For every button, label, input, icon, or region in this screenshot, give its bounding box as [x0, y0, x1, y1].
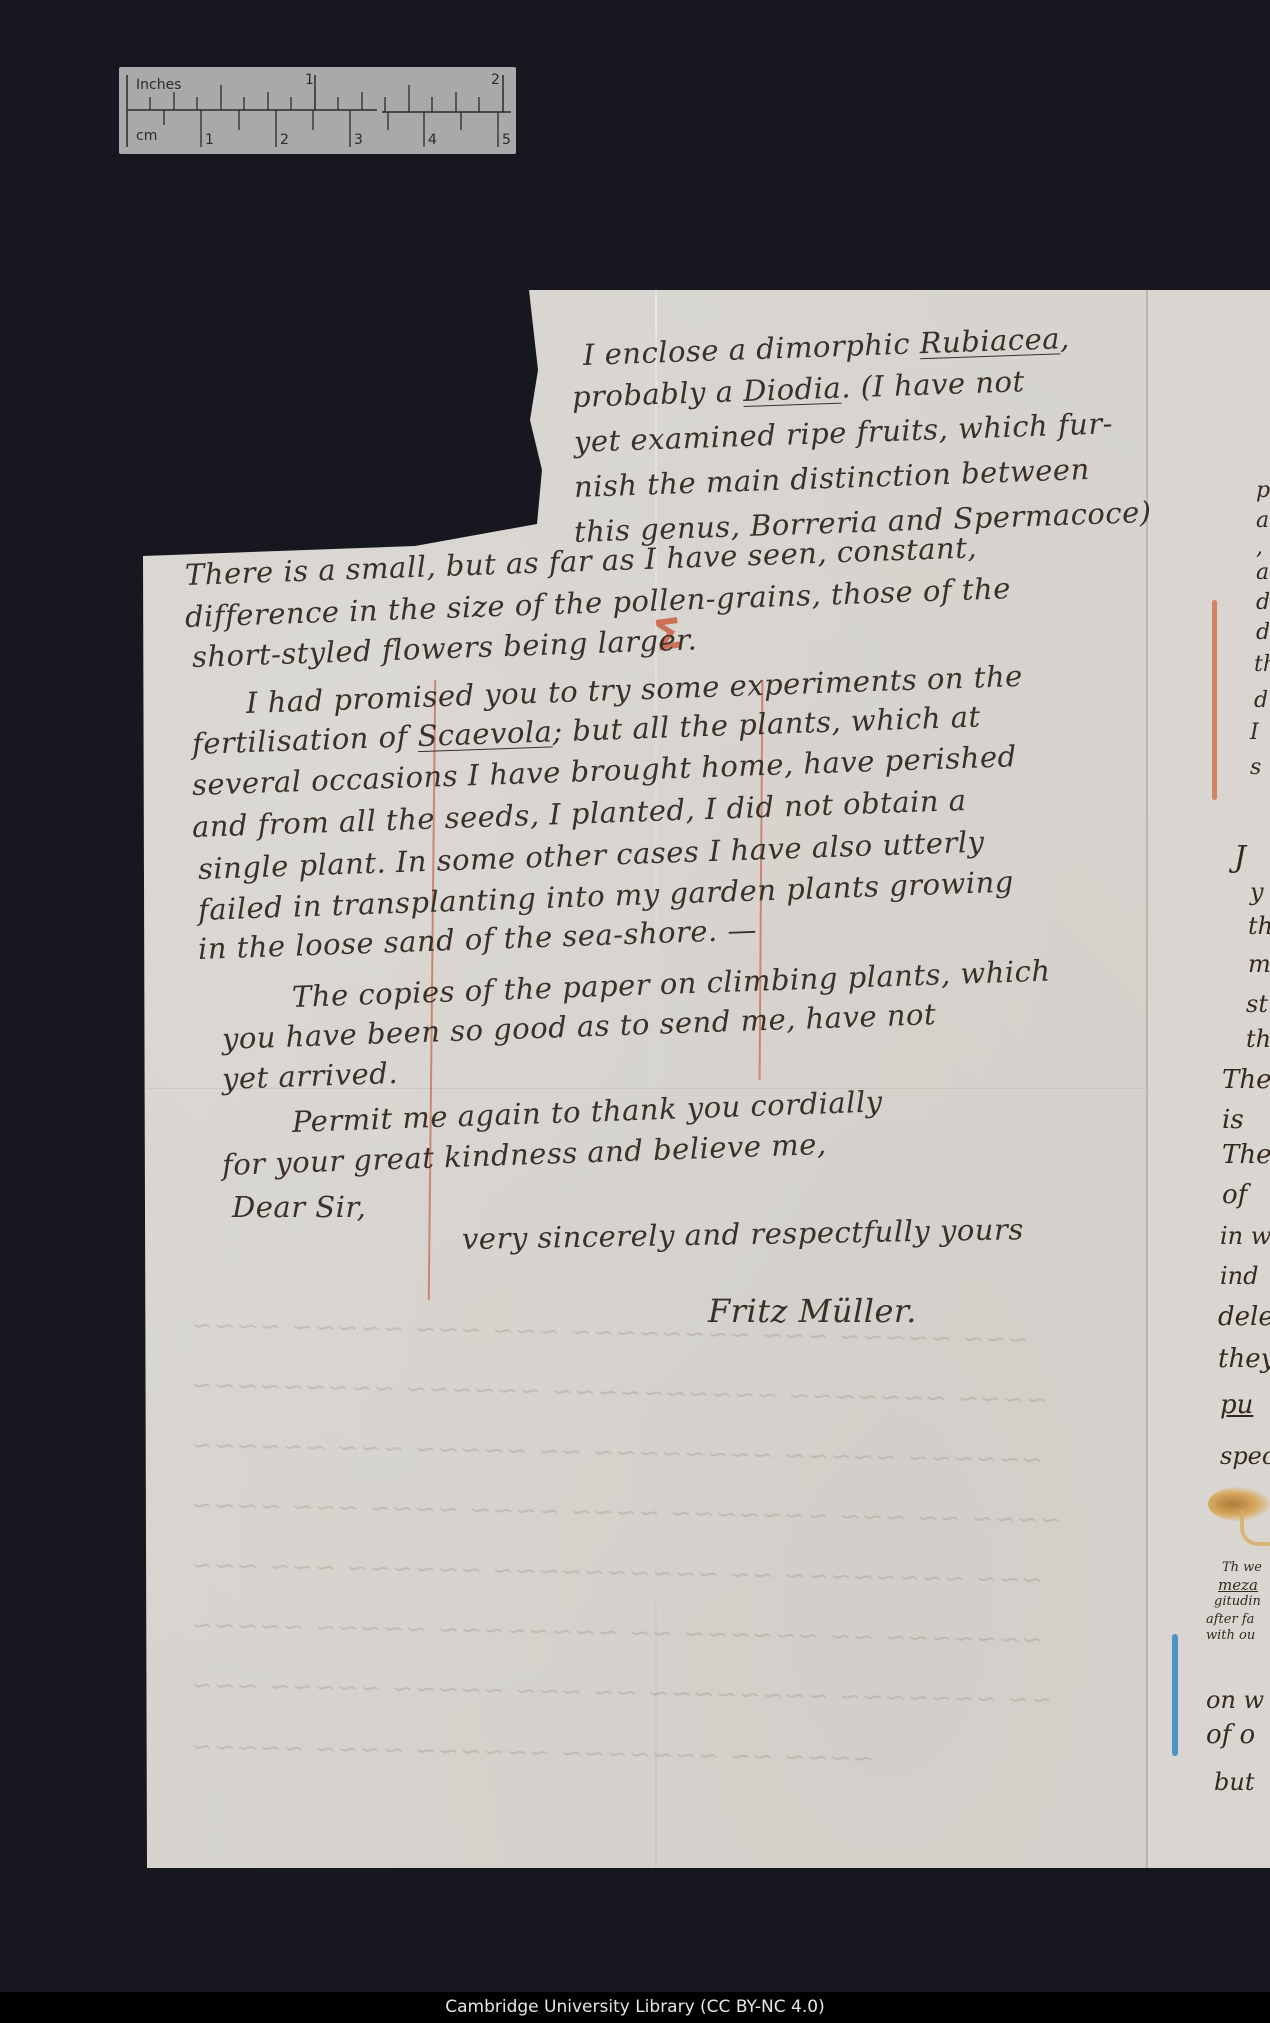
right-page-text: J: [1234, 840, 1246, 875]
right-page-text: ind: [1220, 1262, 1259, 1290]
right-page-text: y: [1250, 878, 1264, 906]
letter-line: yet arrived.: [221, 1056, 398, 1096]
specimen-stem: [1240, 1510, 1270, 1546]
right-page-text: ,: [1256, 535, 1263, 560]
right-page-text: is: [1222, 1105, 1244, 1135]
right-page-text: th: [1246, 1025, 1270, 1053]
signature: Fritz Müller.: [708, 1292, 917, 1330]
right-page-text: d: [1254, 688, 1268, 713]
right-page-text: The: [1222, 1065, 1270, 1095]
right-page-text: I: [1250, 720, 1259, 745]
right-page-text: in w: [1220, 1222, 1270, 1250]
red-crayon-mark: [1212, 600, 1217, 800]
salutation: Dear Sir,: [232, 1190, 366, 1224]
right-page-text: they: [1218, 1344, 1270, 1374]
letter-sheet: ~~~ ~~~~~ ~~~ ~~~~~~~~ ~~~ ~~~ ~~~~~ ~~~…: [0, 0, 1270, 1992]
right-page-text: on w: [1206, 1686, 1264, 1714]
right-page-note: gitudin: [1214, 1594, 1261, 1609]
right-page-text: d: [1256, 620, 1270, 645]
right-page-text: th: [1248, 912, 1270, 940]
right-page-text: pu: [1220, 1390, 1253, 1420]
right-page-text: a: [1256, 508, 1269, 533]
right-page-text: of: [1222, 1180, 1247, 1210]
right-page-text: of o: [1206, 1720, 1255, 1750]
right-page-text: p: [1256, 478, 1270, 503]
right-page-text: but: [1214, 1768, 1254, 1796]
right-page-text: a: [1256, 560, 1269, 585]
right-page-text: spec: [1220, 1442, 1270, 1470]
right-page-text: th: [1254, 652, 1270, 677]
image-credit: Cambridge University Library (CC BY-NC 4…: [0, 1992, 1270, 2023]
right-page-note: Th we: [1222, 1560, 1262, 1575]
right-page-text: m: [1248, 950, 1270, 978]
right-page-text: dele: [1218, 1302, 1270, 1332]
right-page-text: s: [1250, 755, 1261, 780]
blue-crayon-mark: [1172, 1634, 1178, 1756]
right-page-note: meza: [1218, 1576, 1258, 1594]
right-page-note: with ou: [1206, 1628, 1255, 1643]
right-page-text: d: [1256, 590, 1270, 615]
right-page-note: after fa: [1206, 1612, 1254, 1627]
right-page-text: st: [1246, 990, 1268, 1018]
right-page-text: The: [1222, 1140, 1270, 1170]
